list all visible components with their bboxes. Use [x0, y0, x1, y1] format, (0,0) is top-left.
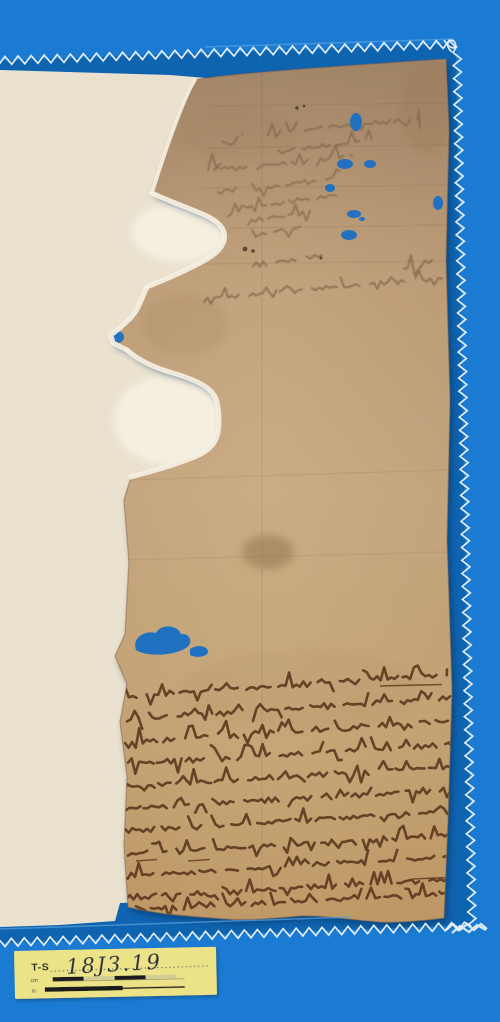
- in-unit-label: in: [32, 989, 36, 995]
- genizah-fragment-photo: T-S 18J3.19 cm in: [0, 0, 500, 1022]
- classmark-prefix: T-S: [31, 961, 49, 973]
- cm-unit-label: cm: [31, 978, 39, 984]
- classmark-label: T-S 18J3.19 cm in: [14, 947, 217, 999]
- paper-fragment: [100, 55, 460, 922]
- binder-page: T-S 18J3.19 cm in: [0, 0, 500, 1022]
